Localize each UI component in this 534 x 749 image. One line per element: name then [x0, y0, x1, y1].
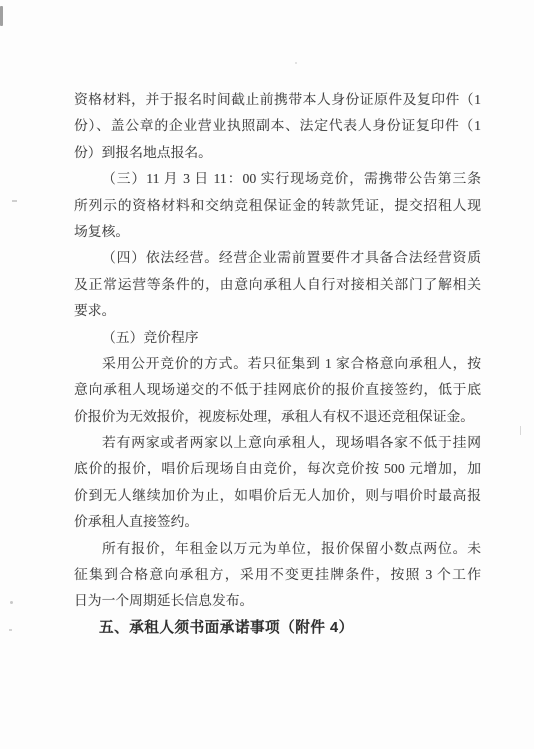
text-line: 及正常运营等条件的，由意向承租人自行对接相关部门了解相关 [74, 272, 481, 298]
scan-speckle [295, 62, 297, 64]
text-line: 若有两家或者两家以上意向承租人，现场唱各家不低于挂网 [74, 430, 481, 456]
text-line: （三）11 月 3 日 11：00 实行现场竞价，需携带公告第三条 [74, 166, 481, 192]
text-line: （五）竞价程序 [74, 325, 481, 351]
scan-speckle [12, 200, 17, 202]
text-line: 采用公开竞价的方式。若只征集到 1 家合格意向承租人，按 [74, 351, 481, 377]
text-line: 资格材料，并于报名时间截止前携带本人身份证原件及复印件（1 [74, 87, 481, 113]
text-line: （四）依法经营。经营企业需前置要件才具备合法经营资质 [74, 245, 481, 271]
text-line: 所列示的资格材料和交纳竞租保证金的转款凭证，提交招租人现 [74, 193, 481, 219]
text-line: 价报价为无效报价，视废标处理，承租人有权不退还竞租保证金。 [74, 404, 481, 430]
text-line: 意向承租人现场递交的不低于挂网底价的报价直接签约，低于底 [74, 377, 481, 403]
text-line: 价承租人直接签约。 [74, 509, 481, 535]
scan-speckle [520, 426, 521, 435]
text-line: 份）、盖公章的企业营业执照副本、法定代表人身份证复印件（1 [74, 113, 481, 139]
scan-speckle [10, 601, 13, 604]
scanned-document-page: 资格材料，并于报名时间截止前携带本人身份证原件及复印件（1份）、盖公章的企业营业… [0, 0, 534, 749]
text-line: 要求。 [74, 298, 481, 324]
text-line: 日为一个周期延长信息发布。 [74, 588, 481, 614]
scan-edge-artifact [0, 6, 3, 26]
text-line: 价到无人继续加价为止，如唱价后无人加价，则与唱价时最高报 [74, 483, 481, 509]
text-line: 所有报价，年租金以万元为单位，报价保留小数点两位。未 [74, 536, 481, 562]
text-line: 底价的报价，唱价后现场自由竞价，每次竞价按 500 元增加，加 [74, 456, 481, 482]
section-heading: 五、承租人须书面承诺事项（附件 4） [74, 615, 481, 641]
text-line: 份）到报名地点报名。 [74, 140, 481, 166]
text-line: 场复核。 [74, 219, 481, 245]
text-line: 征集到合格意向承租方，采用不变更挂牌条件，按照 3 个工作 [74, 562, 481, 588]
document-text: 资格材料，并于报名时间截止前携带本人身份证原件及复印件（1份）、盖公章的企业营业… [74, 87, 481, 641]
scan-speckle [9, 629, 12, 631]
